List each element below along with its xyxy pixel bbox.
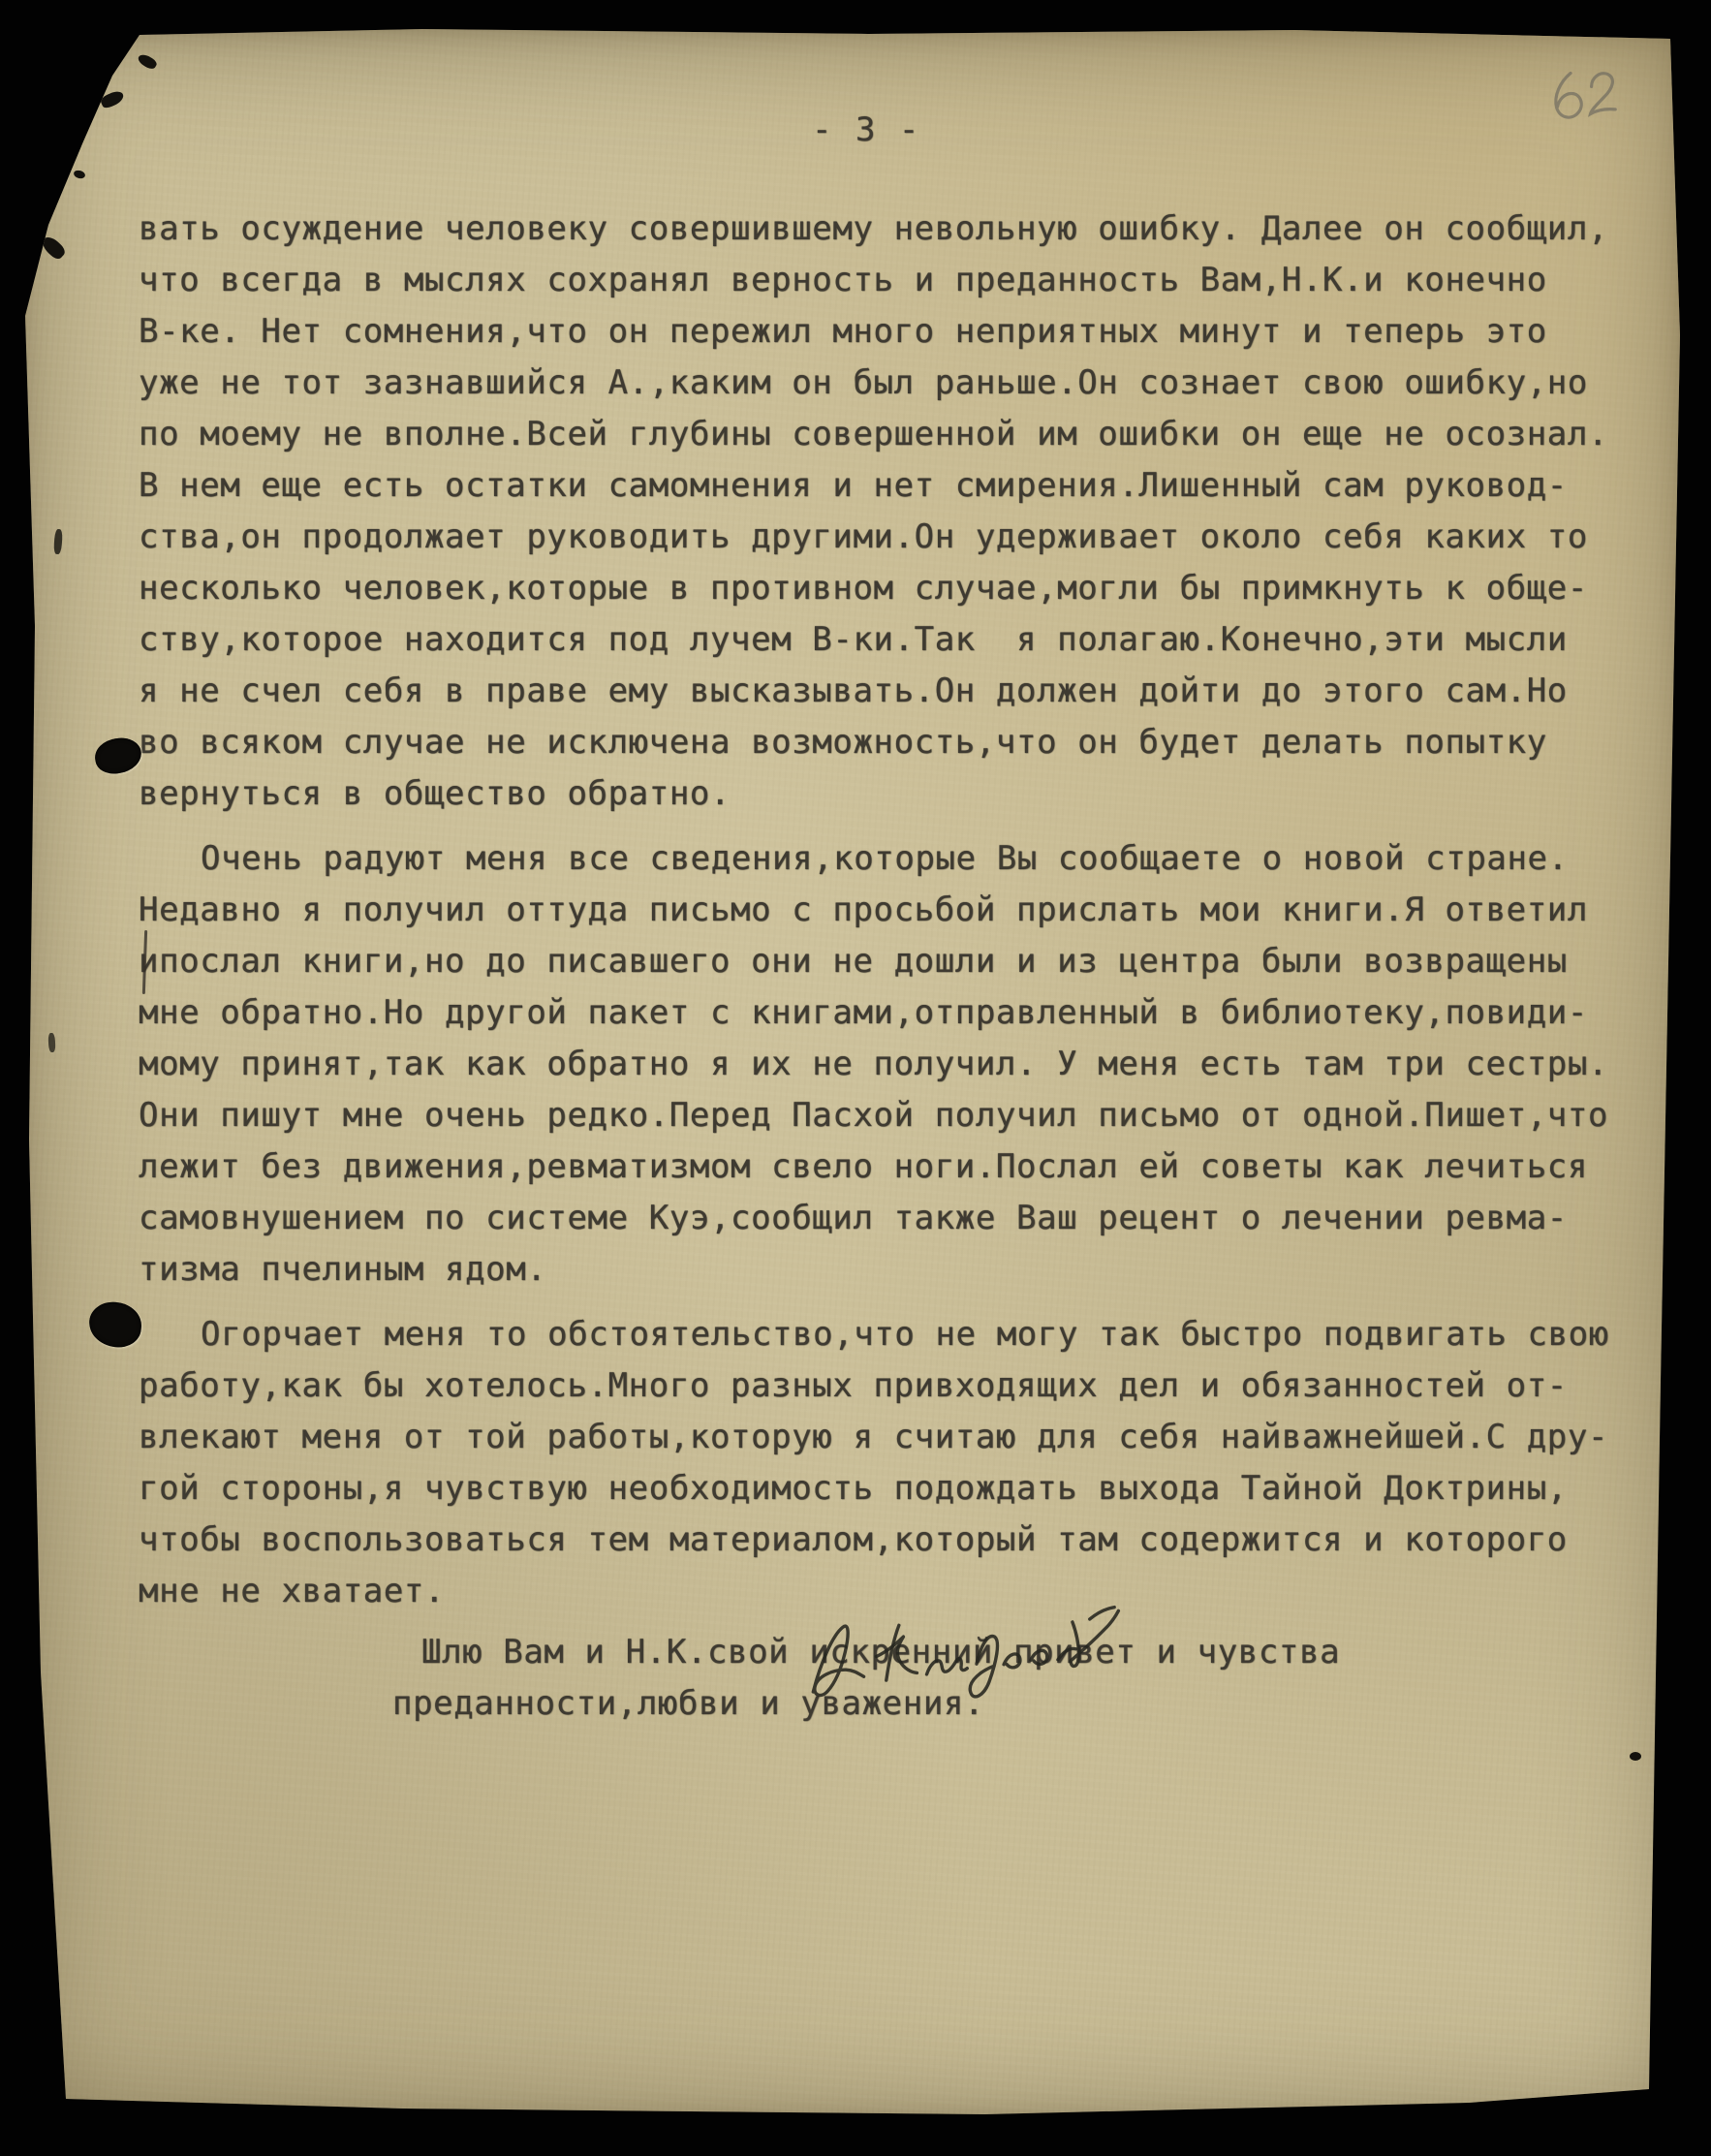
signature-ink-strokes: [793, 1598, 1129, 1730]
signature-handwriting: [793, 1598, 1129, 1730]
text-line: во всяком случае не исключена возможност…: [139, 717, 1635, 768]
text-line: В-ке. Нет сомнения,что он пережил много …: [139, 306, 1635, 358]
text-line: лежит без движения,ревматизмом свело ног…: [139, 1141, 1635, 1193]
paper-damage-speck: [1630, 1752, 1641, 1761]
text-line: уже не тот зазнавшийся А.,каким он был р…: [139, 358, 1635, 409]
letter-page: - 3 - вать осуждение человеку совершивше…: [16, 25, 1688, 2126]
punch-hole-top: [93, 735, 144, 776]
text-line: я не счел себя в праве ему высказывать.О…: [139, 666, 1635, 717]
text-line: Они пишут мне очень редко.Перед Пасхой п…: [139, 1090, 1635, 1141]
paragraph: вать осуждение человеку совершившему нев…: [139, 203, 1635, 820]
text-line: вать осуждение человеку совершившему нев…: [139, 203, 1635, 255]
text-line: В нем еще есть остатки самомнения и нет …: [139, 460, 1635, 512]
page-number: - 3 -: [812, 110, 920, 149]
text-line: Огорчает меня то обстоятельство,что не м…: [139, 1309, 1635, 1360]
pencil-62-handwriting: [1529, 52, 1643, 146]
text-line: влекают меня от той работы,которую я счи…: [139, 1412, 1635, 1463]
punch-hole-bottom: [87, 1299, 144, 1349]
paper-damage-speck: [137, 52, 159, 72]
paper-damage-speck: [73, 170, 86, 180]
paragraph: Очень радуют меня все сведения,которые В…: [139, 833, 1635, 1296]
text-line: Недавно я получил оттуда письмо с просьб…: [139, 885, 1635, 936]
text-line: мому принят,так как обратно я их не полу…: [139, 1039, 1635, 1090]
paper-damage-speck: [99, 89, 125, 110]
text-line: несколько человек,которые в противном сл…: [139, 563, 1635, 614]
text-line: вернуться в общество обратно.: [139, 768, 1635, 820]
paper-damage-speck: [47, 1033, 55, 1052]
text-line: ству,которое находится под лучем В-ки.Та…: [139, 614, 1635, 666]
text-line: что всегда в мыслях сохранял верность и …: [139, 255, 1635, 306]
text-line: ства,он продолжает руководить другими.Он…: [139, 512, 1635, 563]
text-line: чтобы воспользоваться тем материалом,кот…: [139, 1515, 1635, 1566]
text-line: работу,как бы хотелось.Много разных прив…: [139, 1360, 1635, 1412]
text-line: гой стороны,я чувствую необходимость под…: [139, 1463, 1635, 1515]
folio-number-pencil: [1529, 52, 1643, 146]
text-line: Очень радуют меня все сведения,которые В…: [139, 833, 1635, 885]
text-line: ипослал книги,но до писавшего они не дош…: [139, 936, 1635, 987]
typewritten-text: вать осуждение человеку совершившему нев…: [139, 203, 1635, 1730]
paper-damage-speck: [53, 529, 63, 554]
text-line: по моему не вполне.Всей глубины совершен…: [139, 409, 1635, 460]
text-line: мне обратно.Но другой пакет с книгами,от…: [139, 987, 1635, 1039]
paper-damage-speck: [39, 234, 67, 262]
paragraph: Огорчает меня то обстоятельство,что не м…: [139, 1309, 1635, 1617]
text-line: тизма пчелиным ядом.: [139, 1244, 1635, 1296]
text-line: самовнушением по системе Куэ,сообщил так…: [139, 1193, 1635, 1244]
